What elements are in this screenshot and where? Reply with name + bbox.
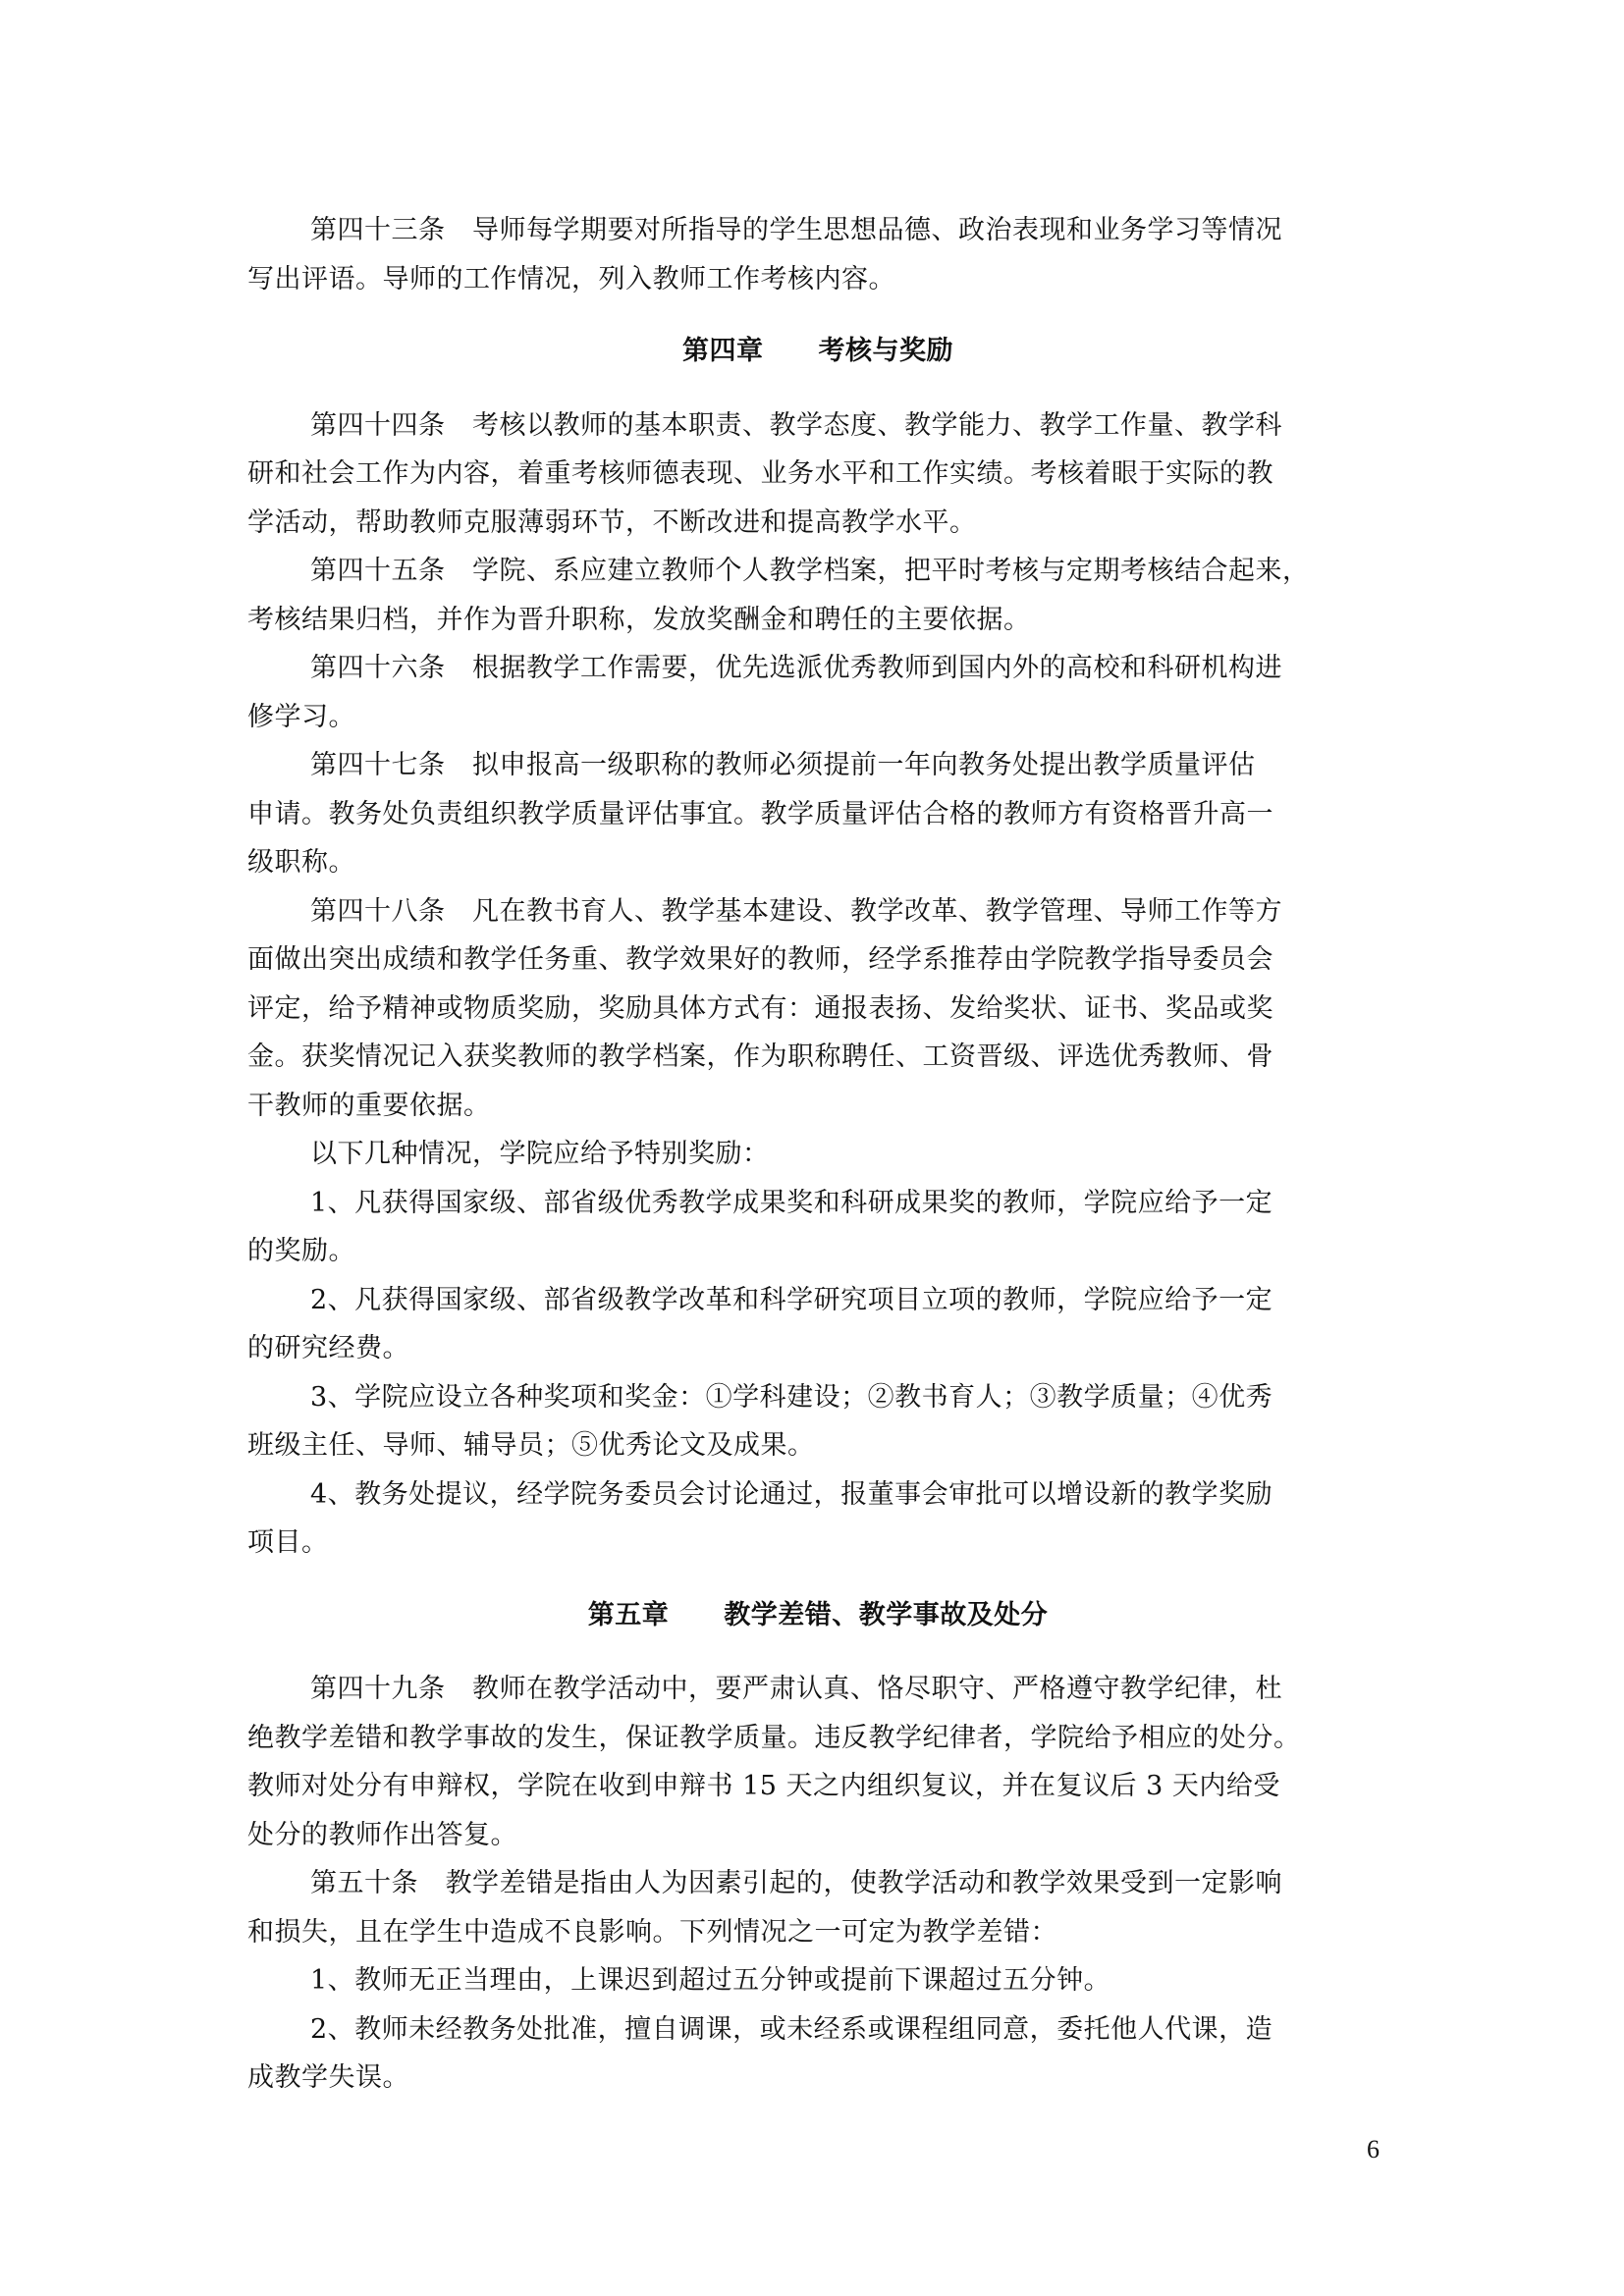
text-line: 写出评语。导师的工作情况，列入教师工作考核内容。 — [247, 255, 1388, 304]
error-item-2: 2、教师未经教务处批准，擅自调课，或未经系或课程组同意，委托他人代课，造 成教学… — [247, 2005, 1388, 2103]
text-line: 班级主任、导师、辅导员；⑤优秀论文及成果。 — [247, 1421, 1388, 1470]
text-line: 3、学院应设立各种奖项和奖金：①学科建设；②教书育人；③教学质量；④优秀 — [247, 1373, 1388, 1422]
document-page: 第四十三条 导师每学期要对所指导的学生思想品德、政治表现和业务学习等情况 写出评… — [247, 206, 1388, 2103]
article-44: 第四十四条 考核以教师的基本职责、教学态度、教学能力、教学工作量、教学科 研和社… — [247, 401, 1388, 548]
chapter-heading-4: 第四章考核与奖励 — [247, 327, 1388, 376]
text-line: 2、教师未经教务处批准，擅自调课，或未经系或课程组同意，委托他人代课，造 — [247, 2005, 1388, 2055]
text-line: 和损失，且在学生中造成不良影响。下列情况之一可定为教学差错： — [247, 1908, 1388, 1957]
text-line: 修学习。 — [247, 693, 1388, 742]
text-line: 第四十三条 导师每学期要对所指导的学生思想品德、政治表现和业务学习等情况 — [247, 206, 1388, 255]
text-line: 绝教学差错和教学事故的发生，保证教学质量。违反教学纪律者，学院给予相应的处分。 — [247, 1714, 1388, 1763]
text-line: 教师对处分有申辩权，学院在收到申辩书 15 天之内组织复议，并在复议后 3 天内… — [247, 1762, 1388, 1811]
text-line: 第四十八条 凡在教书育人、教学基本建设、教学改革、教学管理、导师工作等方 — [247, 887, 1388, 936]
article-50: 第五十条 教学差错是指由人为因素引起的，使教学活动和教学效果受到一定影响 和损失… — [247, 1859, 1388, 1956]
text-line: 第四十六条 根据教学工作需要，优先选派优秀教师到国内外的高校和科研机构进 — [247, 644, 1388, 693]
text-line: 干教师的重要依据。 — [247, 1082, 1388, 1131]
text-line: 第四十九条 教师在教学活动中，要严肃认真、恪尽职守、严格遵守教学纪律，杜 — [247, 1665, 1388, 1714]
text-line: 第四十五条 学院、系应建立教师个人教学档案，把平时考核与定期考核结合起来， — [247, 547, 1388, 596]
text-line: 的奖励。 — [247, 1227, 1388, 1276]
article-49: 第四十九条 教师在教学活动中，要严肃认真、恪尽职守、严格遵守教学纪律，杜 绝教学… — [247, 1665, 1388, 1859]
text-line: 以下几种情况，学院应给予特别奖励： — [247, 1130, 1388, 1179]
text-line: 1、凡获得国家级、部省级优秀教学成果奖和科研成果奖的教师，学院应给予一定 — [247, 1179, 1388, 1228]
text-line: 第四十七条 拟申报高一级职称的教师必须提前一年向教务处提出教学质量评估 — [247, 741, 1388, 790]
text-line: 申请。教务处负责组织教学质量评估事宜。教学质量评估合格的教师方有资格晋升高一 — [247, 790, 1388, 839]
chapter-title: 教学差错、教学事故及处分 — [724, 1600, 1048, 1630]
special-awards-intro: 以下几种情况，学院应给予特别奖励： — [247, 1130, 1388, 1179]
text-line: 研和社会工作为内容，着重考核师德表现、业务水平和工作实绩。考核着眼于实际的教 — [247, 450, 1388, 499]
text-line: 学活动，帮助教师克服薄弱环节，不断改进和提高教学水平。 — [247, 499, 1388, 548]
article-45: 第四十五条 学院、系应建立教师个人教学档案，把平时考核与定期考核结合起来， 考核… — [247, 547, 1388, 644]
text-line: 级职称。 — [247, 838, 1388, 887]
text-line: 面做出突出成绩和教学任务重、教学效果好的教师，经学系推荐由学院教学指导委员会 — [247, 935, 1388, 985]
text-line: 处分的教师作出答复。 — [247, 1811, 1388, 1860]
text-line: 1、教师无正当理由，上课迟到超过五分钟或提前下课超过五分钟。 — [247, 1956, 1388, 2005]
text-line: 考核结果归档，并作为晋升职称，发放奖酬金和聘任的主要依据。 — [247, 596, 1388, 645]
article-47: 第四十七条 拟申报高一级职称的教师必须提前一年向教务处提出教学质量评估 申请。教… — [247, 741, 1388, 887]
award-item-1: 1、凡获得国家级、部省级优秀教学成果奖和科研成果奖的教师，学院应给予一定 的奖励… — [247, 1179, 1388, 1276]
page-number: 6 — [1367, 2135, 1380, 2164]
error-item-1: 1、教师无正当理由，上课迟到超过五分钟或提前下课超过五分钟。 — [247, 1956, 1388, 2005]
chapter-number: 第四章 — [682, 336, 764, 366]
text-line: 评定，给予精神或物质奖励，奖励具体方式有：通报表扬、发给奖状、证书、奖品或奖 — [247, 985, 1388, 1034]
article-48: 第四十八条 凡在教书育人、教学基本建设、教学改革、教学管理、导师工作等方 面做出… — [247, 887, 1388, 1131]
text-line: 金。获奖情况记入获奖教师的教学档案，作为职称聘任、工资晋级、评选优秀教师、骨 — [247, 1033, 1388, 1082]
text-line: 第四十四条 考核以教师的基本职责、教学态度、教学能力、教学工作量、教学科 — [247, 401, 1388, 451]
chapter-heading-5: 第五章教学差错、教学事故及处分 — [247, 1591, 1388, 1640]
chapter-number: 第五章 — [588, 1600, 670, 1630]
article-46: 第四十六条 根据教学工作需要，优先选派优秀教师到国内外的高校和科研机构进 修学习… — [247, 644, 1388, 741]
text-line: 第五十条 教学差错是指由人为因素引起的，使教学活动和教学效果受到一定影响 — [247, 1859, 1388, 1908]
text-line: 的研究经费。 — [247, 1324, 1388, 1373]
text-line: 项目。 — [247, 1519, 1388, 1568]
text-line: 4、教务处提议，经学院务委员会讨论通过，报董事会审批可以增设新的教学奖励 — [247, 1470, 1388, 1520]
award-item-2: 2、凡获得国家级、部省级教学改革和科学研究项目立项的教师，学院应给予一定 的研究… — [247, 1276, 1388, 1373]
article-43: 第四十三条 导师每学期要对所指导的学生思想品德、政治表现和业务学习等情况 写出评… — [247, 206, 1388, 303]
chapter-title: 考核与奖励 — [819, 336, 954, 366]
text-line: 2、凡获得国家级、部省级教学改革和科学研究项目立项的教师，学院应给予一定 — [247, 1276, 1388, 1325]
text-line: 成教学失误。 — [247, 2054, 1388, 2103]
award-item-4: 4、教务处提议，经学院务委员会讨论通过，报董事会审批可以增设新的教学奖励 项目。 — [247, 1470, 1388, 1568]
award-item-3: 3、学院应设立各种奖项和奖金：①学科建设；②教书育人；③教学质量；④优秀 班级主… — [247, 1373, 1388, 1470]
